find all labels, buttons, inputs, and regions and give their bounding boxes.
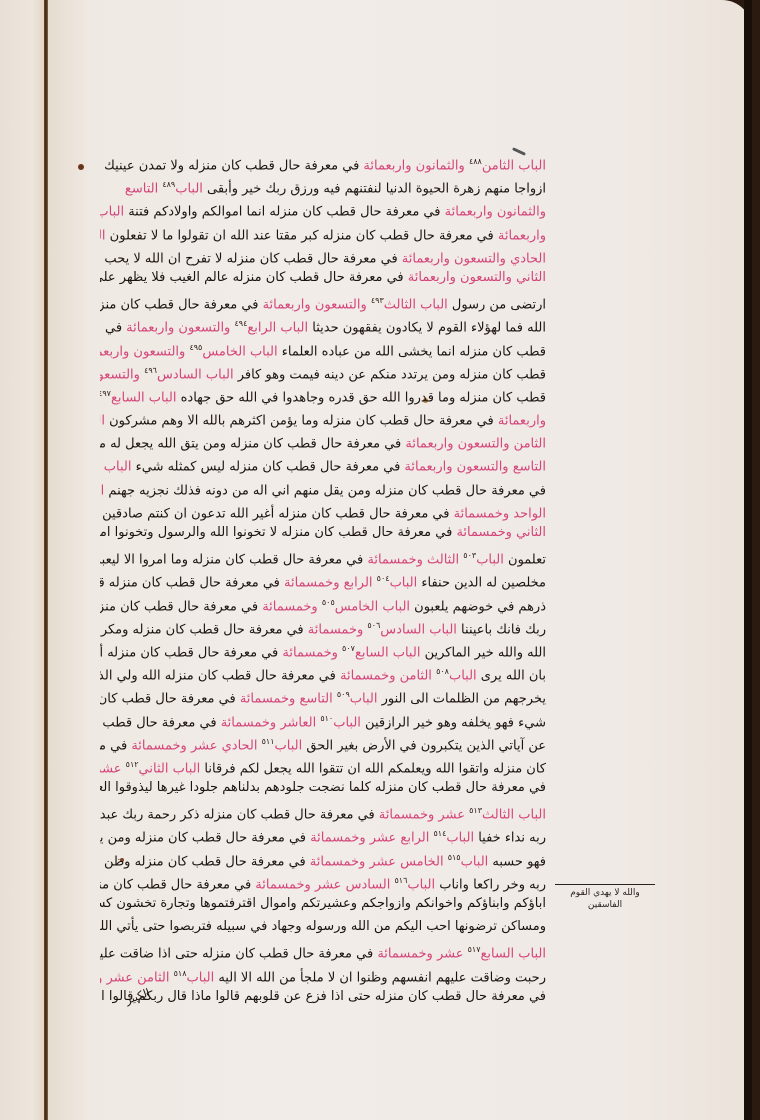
body-text: فهو حسبه [488, 854, 546, 869]
body-text: في معرفة حال قطب كان منزله قل كل من عند [100, 297, 258, 312]
text-line: الباب الثالث٥١٣ عشر وخمسمائة في معرفة حا… [100, 799, 546, 822]
body-text: ربك فانك باعيننا [457, 622, 546, 637]
rubric-heading: الباب الرابع [247, 321, 308, 336]
rubric-heading: عشر وخمسمائة [100, 761, 126, 776]
rubric-heading: والتسعون واربعمائة [100, 367, 144, 382]
chapter-number: ٥١٢ [126, 760, 139, 769]
text-line: الواحد وخمسمائة في معرفة حال قطب كان منز… [100, 498, 546, 521]
body-text: في معرفة حال [100, 321, 122, 336]
body-text: عن آياتي الذين يتكبرون في الأرض بغير الح… [302, 738, 546, 753]
rubric-heading: العاشر وخمسمائة [217, 715, 321, 730]
rubric-heading: الحادي والتسعون واربعمائة [398, 251, 546, 266]
rubric-heading: الثاني وخمسمائة [452, 525, 546, 540]
rubric-heading: الباب [407, 877, 435, 892]
chapter-number: ٥٠٨ [436, 667, 449, 676]
rubric-heading: والتسعون واربعمائة [122, 321, 234, 336]
chapter-number: ٥١٠ [320, 714, 333, 723]
body-text: كان منزله واتقوا الله ويعلمكم الله ان تت… [200, 761, 546, 776]
margin-note: والله لا يهدي القوم الفاسقين [555, 884, 655, 911]
rubric-heading: الباب [187, 970, 215, 985]
rubric-heading: وخمسمائة [278, 645, 342, 660]
chapter-number: ٤٩٧ [100, 389, 111, 398]
body-text: في معرفة حال قطب كان منزله ومن يقل منهم … [104, 483, 546, 498]
body-text: الله فما لهؤلاء القوم لا يكادون يفقهون ح… [308, 321, 546, 336]
body-text: في معرفة حال قطب كان منزله ذكر رحمة ربك … [100, 808, 375, 823]
text-line: الحادي والتسعون واربعمائة في معرفة حال ق… [100, 243, 546, 266]
text-line: ومساكن ترضونها احب اليكم من الله ورسوله … [100, 915, 546, 938]
rubric-heading: الثالث وخمسمائة [363, 553, 463, 568]
rubric-heading: الباب [390, 576, 418, 591]
chapter-number: ٤٩٣ [371, 296, 384, 305]
facing-page-edge [0, 0, 46, 1120]
chapter-number: ٤٩٥ [189, 343, 202, 352]
body-text: في معرفة حال قطب كان منزله قل الله ثم [100, 576, 280, 591]
rubric-heading: عشر وخمسمائة [373, 947, 467, 962]
rubric-heading: الباب [449, 668, 477, 683]
rubric-heading: الباب السابع [111, 390, 177, 405]
body-text: في معرفة حال قطب كان منزله حتى اذا ضاقت … [100, 947, 373, 962]
text-line: يخرجهم من الظلمات الى النور الباب٥٠٩ الت… [100, 683, 546, 706]
rubric-heading: الباب [175, 182, 203, 197]
body-text: في معرفة حال قطب كان منزله لا تفرح ان ال… [100, 251, 398, 266]
chapter-number: ٥٠٩ [337, 690, 350, 699]
body-text: في معرفة حال قطب كان منزله سأصرف [100, 715, 217, 730]
text-line: ارتضى من رسول الباب الثالث٤٩٣ والتسعون و… [100, 289, 546, 312]
text-line: قطب كان منزله انما يخشى الله من عباده ال… [100, 336, 546, 359]
body-text: مخلصين له الدين حنفاء [417, 576, 546, 591]
body-text: الله والله خير الماكرين [420, 645, 546, 660]
rubric-heading: الرابع عشر وخمسمائة [306, 831, 433, 846]
body-text: في معرفة حال قطب كان منزله ومكروا ومكر [100, 622, 304, 637]
rubric-heading: التاسع [125, 182, 162, 197]
chapter-number: ٥١١ [262, 737, 275, 746]
text-line: شيء فهو يخلفه وهو خير الرازقين الباب٥١٠ … [100, 707, 546, 730]
rubric-heading: السادس عشر وخمسمائة [251, 877, 394, 892]
chapter-number: ٤٨٩ [162, 180, 175, 189]
rubric-heading: الثامن عشر وخمسمائة [100, 970, 174, 985]
body-text: في معرفة حال قطب كان منزله الله ولي الذي… [100, 668, 336, 683]
rubric-heading: التاسع وخمسمائة [236, 692, 337, 707]
text-line: الثاني وخمسمائة في معرفة حال قطب كان منز… [100, 521, 546, 544]
chapter-number: ٥٠٤ [377, 574, 390, 583]
body-text: في معرفة حال قطب كان منزله ليس كمثله شيء [131, 460, 400, 475]
rubric-heading: الباب [476, 553, 504, 568]
chapter-number: ٥٠٣ [463, 551, 476, 560]
rubric-heading: الباب الخامس [335, 599, 410, 614]
chapter-number: ٥١٧ [468, 945, 481, 954]
body-text: تعلمون [504, 553, 546, 568]
body-text: في معرفة حال قطب كان منزله ألم يعلم [100, 645, 278, 660]
text-line: ربه وخر راكعا واناب الباب٥١٦ السادس عشر … [100, 869, 546, 892]
rubric-heading: الحادي عشر وخمسمائة [127, 738, 261, 753]
text-line: في معرفة حال قطب كان منزله ومن يقل منهم … [100, 475, 546, 498]
body-text: بان الله يرى [477, 668, 546, 683]
chapter-number: ٥١٣ [469, 806, 482, 815]
rubric-heading: الباب السابع [355, 645, 421, 660]
text-line: فهو حسبه الباب٥١٥ الخامس عشر وخمسمائة في… [100, 846, 546, 869]
body-text: في معرفة حال قطب كان منزله كلما نضجت جلو… [100, 780, 546, 795]
text-line: ازواجا منهم زهرة الحيوة الدنيا لنفتنهم ف… [100, 173, 546, 196]
body-text: ربه نداء خفيا [474, 831, 546, 846]
rubric-heading: الباب الثالث [482, 808, 546, 823]
text-line: الله فما لهؤلاء القوم لا يكادون يفقهون ح… [100, 312, 546, 335]
text-line: الثامن والتسعون واربعمائة في معرفة حال ق… [100, 428, 546, 451]
rubric-heading: والتسعون واربعمائة [258, 297, 370, 312]
rubric-heading: الباب الثالث [384, 297, 448, 312]
chapter-number: ٥١٥ [448, 853, 461, 862]
margin-note-line: الفاسقين [555, 899, 655, 911]
rubric-heading: الرابع وخمسمائة [280, 576, 377, 591]
rubric-heading: والتسعون واربعمائة [100, 344, 189, 359]
body-text: في معرفة حال قطب كان منزله واصبر لحكم [100, 599, 258, 614]
rubric-heading: الباب السادس [157, 367, 234, 382]
body-text: في معرفة حال قطب كان منزله ومن يتق الله … [100, 437, 401, 452]
text-line: واربعمائة في معرفة حال قطب كان منزله كبر… [100, 220, 546, 243]
margin-note-line: والله لا يهدي القوم [555, 887, 655, 899]
text-line: الله والله خير الماكرين الباب السابع٥٠٧ … [100, 637, 546, 660]
chapter-number: ٤٨٨ [469, 157, 482, 166]
ink-stain [78, 164, 84, 170]
body-text: في معرفة حال قطب كان منزله قل ان كان [100, 877, 251, 892]
body-text: في معرفة حال قطب [100, 738, 127, 753]
rubric-heading: الباب [350, 692, 378, 707]
body-text: في معرفة حال قطب كان منزله وما يؤمن اكثر… [105, 413, 494, 428]
rubric-heading: الباب [446, 831, 474, 846]
rubric-heading: الواحد وخمسمائة [449, 506, 546, 521]
body-text: شيء فهو يخلفه وهو خير الرازقين [361, 715, 546, 730]
body-text: في معرفة حال قطب كان منزله ولا تمدن عيني… [100, 158, 359, 173]
text-line: عن آياتي الذين يتكبرون في الأرض بغير الح… [100, 730, 546, 753]
rubric-heading: الباب السابع [481, 947, 547, 962]
rubric-heading: الباب الثاني [139, 761, 201, 776]
rubric-heading: الباب الموفي [100, 460, 131, 475]
text-line: اباؤكم وابناؤكم واخوانكم وازواجكم وعشيرت… [100, 892, 546, 915]
rubric-heading: الباب الثامن [482, 158, 546, 173]
main-text-block: الباب الثامن٤٨٨ والثمانون واربعمائة في م… [100, 150, 546, 1008]
page-right-edge [744, 0, 752, 1120]
text-line: مخلصين له الدين حنفاء الباب٥٠٤ الرابع وخ… [100, 567, 546, 590]
text-line: في معرفة حال قطب كان منزله كلما نضجت جلو… [100, 776, 546, 799]
rubric-heading: الثامن والتسعون واربعمائة [401, 437, 546, 452]
body-text: في معرفة حال قطب كان منزله كبر مقتا عند … [106, 228, 494, 243]
rubric-heading: والثمانون واربعمائة [440, 205, 546, 220]
rubric-heading: وخمسمائة [304, 622, 368, 637]
text-line: والثمانون واربعمائة في معرفة حال قطب كان… [100, 196, 546, 219]
text-line: قطب كان منزله ومن يرتدد منكم عن دينه فيم… [100, 359, 546, 382]
text-line: رحبت وضاقت عليهم انفسهم وظنوا ان لا ملجأ… [100, 962, 546, 985]
body-text: ذرهم في خوضهم يلعبون [410, 599, 546, 614]
body-text: في معرفة حال قطب كان منزله وظن داود انما… [100, 854, 306, 869]
body-text: في معرفة حال قطب كان منزله حتى اذا فزع ع… [100, 989, 546, 1004]
body-text: قطب كان منزله انما يخشى الله من عباده ال… [278, 344, 546, 359]
body-text: يخرجهم من الظلمات الى النور [377, 692, 546, 707]
chapter-number: ٥١٦ [395, 876, 408, 885]
body-text: في معرفة حال قطب كان منزله عالم الغيب فل… [100, 270, 404, 285]
body-text: في معرفة حال قطب كان منزله أغير الله تدع… [100, 506, 449, 521]
body-text: في معرفة حال قطب كان منزله وما انفقتم من [100, 692, 236, 707]
rubric-heading: التاسع والتسعون واربعمائة [400, 460, 546, 475]
chapter-number: ٥٠٥ [322, 598, 335, 607]
rubric-heading: الثاني والتسعون واربعمائة [404, 270, 546, 285]
rubric-heading: الباب [275, 738, 303, 753]
body-text: قطب كان منزله ومن يرتدد منكم عن دينه فيم… [234, 367, 546, 382]
rubric-heading: الثامن وخمسمائة [336, 668, 436, 683]
body-text: في معرفة حال قطب كان منزله وما امروا الا… [100, 553, 363, 568]
chapter-number: ٥١٨ [174, 969, 187, 978]
text-line: كان منزله واتقوا الله ويعلمكم الله ان تت… [100, 753, 546, 776]
rubric-heading: واربعمائة [494, 413, 546, 428]
body-text: ارتضى من رسول [448, 297, 546, 312]
rubric-heading: الباب [461, 854, 489, 869]
text-line: قطب كان منزله وما قدروا الله حق قدره وجا… [100, 382, 546, 405]
text-line: بان الله يرى الباب٥٠٨ الثامن وخمسمائة في… [100, 660, 546, 683]
body-text: ازواجا منهم زهرة الحيوة الدنيا لنفتنهم ف… [203, 182, 546, 197]
rubric-heading: الباب السادس [380, 622, 457, 637]
body-text: رحبت وضاقت عليهم انفسهم وظنوا ان لا ملجأ… [214, 970, 546, 985]
rubric-heading: الخامس عشر وخمسمائة [306, 854, 448, 869]
text-line: تعلمون الباب٥٠٣ الثالث وخمسمائة في معرفة… [100, 544, 546, 567]
rubric-heading: عشر وخمسمائة [375, 808, 469, 823]
body-text: اباؤكم وابناؤكم واخوانكم وازواجكم وعشيرت… [100, 896, 546, 911]
chapter-number: ٥١٤ [433, 829, 446, 838]
text-line: في معرفة حال قطب كان منزله حتى اذا فزع ع… [100, 985, 546, 1008]
text-line: الثاني والتسعون واربعمائة في معرفة حال ق… [100, 266, 546, 289]
chapter-number: ٤٩٤ [234, 319, 247, 328]
body-text: في معرفة حال قطب كان منزله ومن يتوكل على… [100, 831, 306, 846]
body-text: قطب كان منزله وما قدروا الله حق قدره وجا… [176, 390, 546, 405]
body-text: ربه وخر راكعا واناب [435, 877, 546, 892]
text-line: ذرهم في خوضهم يلعبون الباب الخامس٥٠٥ وخم… [100, 591, 546, 614]
rubric-heading: الباب [100, 205, 124, 220]
text-line: ربه نداء خفيا الباب٥١٤ الرابع عشر وخمسما… [100, 822, 546, 845]
chapter-number: ٥٠٧ [342, 644, 355, 653]
rubric-heading: وخمسمائة [258, 599, 322, 614]
rubric-heading: الباب الخامس [202, 344, 277, 359]
text-line: التاسع والتسعون واربعمائة في معرفة حال ق… [100, 451, 546, 474]
rubric-heading: الباب [333, 715, 361, 730]
body-text: ومساكن ترضونها احب اليكم من الله ورسوله … [100, 919, 546, 934]
chapter-number: ٤٩٦ [144, 366, 157, 375]
text-line: ربك فانك باعيننا الباب السادس٥٠٦ وخمسمائ… [100, 614, 546, 637]
text-line: الباب السابع٥١٧ عشر وخمسمائة في معرفة حا… [100, 938, 546, 961]
chapter-number: ٥٠٦ [367, 621, 380, 630]
rubric-heading: والثمانون واربعمائة [359, 158, 469, 173]
text-line: الباب الثامن٤٨٨ والثمانون واربعمائة في م… [100, 150, 546, 173]
text-line: واربعمائة في معرفة حال قطب كان منزله وما… [100, 405, 546, 428]
body-text: في معرفة حال قطب كان منزله لا تخونوا الل… [100, 525, 452, 540]
body-text: في معرفة حال قطب كان منزله انما اموالكم … [124, 205, 440, 220]
rubric-heading: واربعمائة [494, 228, 546, 243]
